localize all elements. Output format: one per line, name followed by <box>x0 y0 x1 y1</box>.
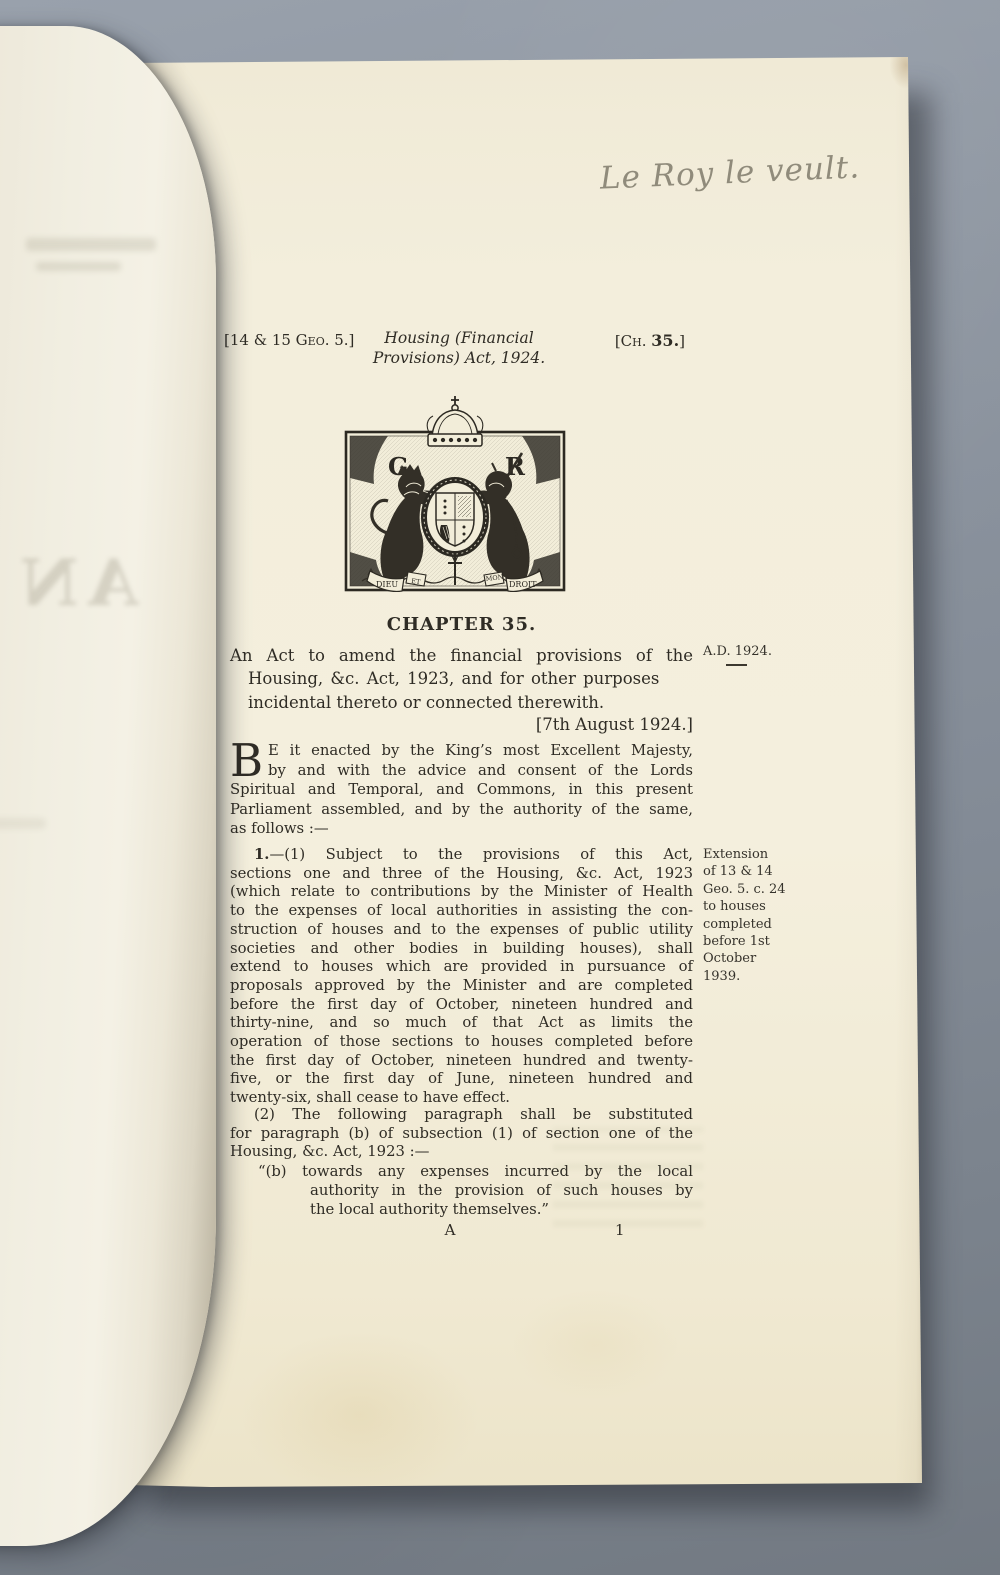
running-head-chapter: [Ch. 35.] <box>575 331 685 350</box>
motto-droit: DROIT <box>509 580 537 589</box>
chapter-heading: CHAPTER 35. <box>230 614 693 635</box>
margin-note-line: completed <box>703 916 803 933</box>
act-page: Le Roy le veult. [14 & 15 Geo. 5.] Housi… <box>125 55 925 1487</box>
running-head-title-line1: Housing (Financial <box>334 329 584 347</box>
margin-note-line: before 1st <box>703 933 803 950</box>
royal-assent-date: [7th August 1924.] <box>230 713 693 737</box>
text-line: the first day of October, nineteen hundr… <box>230 1052 693 1071</box>
motto-dieu: DIEU <box>376 580 398 589</box>
text-line: five, or the first day of June, nineteen… <box>230 1070 693 1089</box>
text-line: 1.—(1) Subject to the provisions of this… <box>230 846 693 865</box>
text-line: E it enacted by the King’s most Excellen… <box>230 741 693 761</box>
text-line: as follows :— <box>230 819 693 839</box>
text-line: sections one and three of the Housing, &… <box>230 865 693 884</box>
show-through-letters: AN <box>10 546 138 621</box>
margin-note-year: A.D. 1924. <box>703 643 772 660</box>
text-line: societies and other bodies in building h… <box>230 940 693 959</box>
long-title-line: An Act to amend the financial provisions… <box>230 644 693 668</box>
margin-note-section1: Extension of 13 & 14 Geo. 5. c. 24 to ho… <box>703 846 803 985</box>
show-through-text-blur <box>26 238 156 251</box>
text-line: Spiritual and Temporal, and Commons, in … <box>230 780 693 800</box>
photograph-of-act-page: { "left_page": { "show_through": "AN" },… <box>0 0 1000 1575</box>
text-line: Parliament assembled, and by the authori… <box>230 800 693 820</box>
show-through-text-blur <box>0 818 46 829</box>
text-line: before the first day of October, ninetee… <box>230 996 693 1015</box>
text-line: to the expenses of local authorities in … <box>230 902 693 921</box>
royal-coat-of-arms: G R <box>340 395 570 601</box>
margin-note-line: 1939. <box>703 968 803 985</box>
margin-year-rule <box>726 664 747 666</box>
royal-assent-handwriting: Le Roy le veult. <box>579 148 880 197</box>
section-number: 1. <box>254 846 269 863</box>
enacting-clause: B E it enacted by the King’s most Excell… <box>230 741 693 839</box>
text-line: struction of houses and to the expenses … <box>230 921 693 940</box>
text-line: thirty-nine, and so much of that Act as … <box>230 1014 693 1033</box>
verso-show-through <box>553 1127 703 1227</box>
margin-note-line: to houses <box>703 898 803 915</box>
running-head-title-line2: Provisions) Act, 1924. <box>334 349 584 367</box>
margin-note-line: of 13 & 14 <box>703 863 803 880</box>
margin-note-line: Extension <box>703 846 803 863</box>
text-line: by and with the advice and consent of th… <box>230 761 693 781</box>
show-through-text-blur <box>36 262 121 271</box>
turned-previous-page: AN <box>0 26 216 1546</box>
text-line: (which relate to contributions by the Mi… <box>230 883 693 902</box>
margin-note-line: October <box>703 950 803 967</box>
long-title-line: Housing, &c. Act, 1923, and for other pu… <box>248 667 693 691</box>
text-line: (2) The following paragraph shall be sub… <box>230 1106 693 1125</box>
chapter-abbrev: [Ch. <box>615 332 651 350</box>
section-first-line: —(1) Subject to the provisions of this A… <box>269 846 693 863</box>
chapter-number: 35. <box>651 331 679 350</box>
text-line: extend to houses which are provided in p… <box>230 958 693 977</box>
crown-icon <box>427 396 483 446</box>
text-line: proposals approved by the Minister and a… <box>230 977 693 996</box>
chapter-bracket: ] <box>679 332 685 350</box>
section-1: 1.—(1) Subject to the provisions of this… <box>230 846 693 1108</box>
long-title-line: incidental thereto or connected therewit… <box>248 691 693 715</box>
motto-et: ET <box>411 577 422 586</box>
drop-cap: B <box>230 741 263 780</box>
margin-note-line: Geo. 5. c. 24 <box>703 881 803 898</box>
text-line: operation of those sections to houses co… <box>230 1033 693 1052</box>
